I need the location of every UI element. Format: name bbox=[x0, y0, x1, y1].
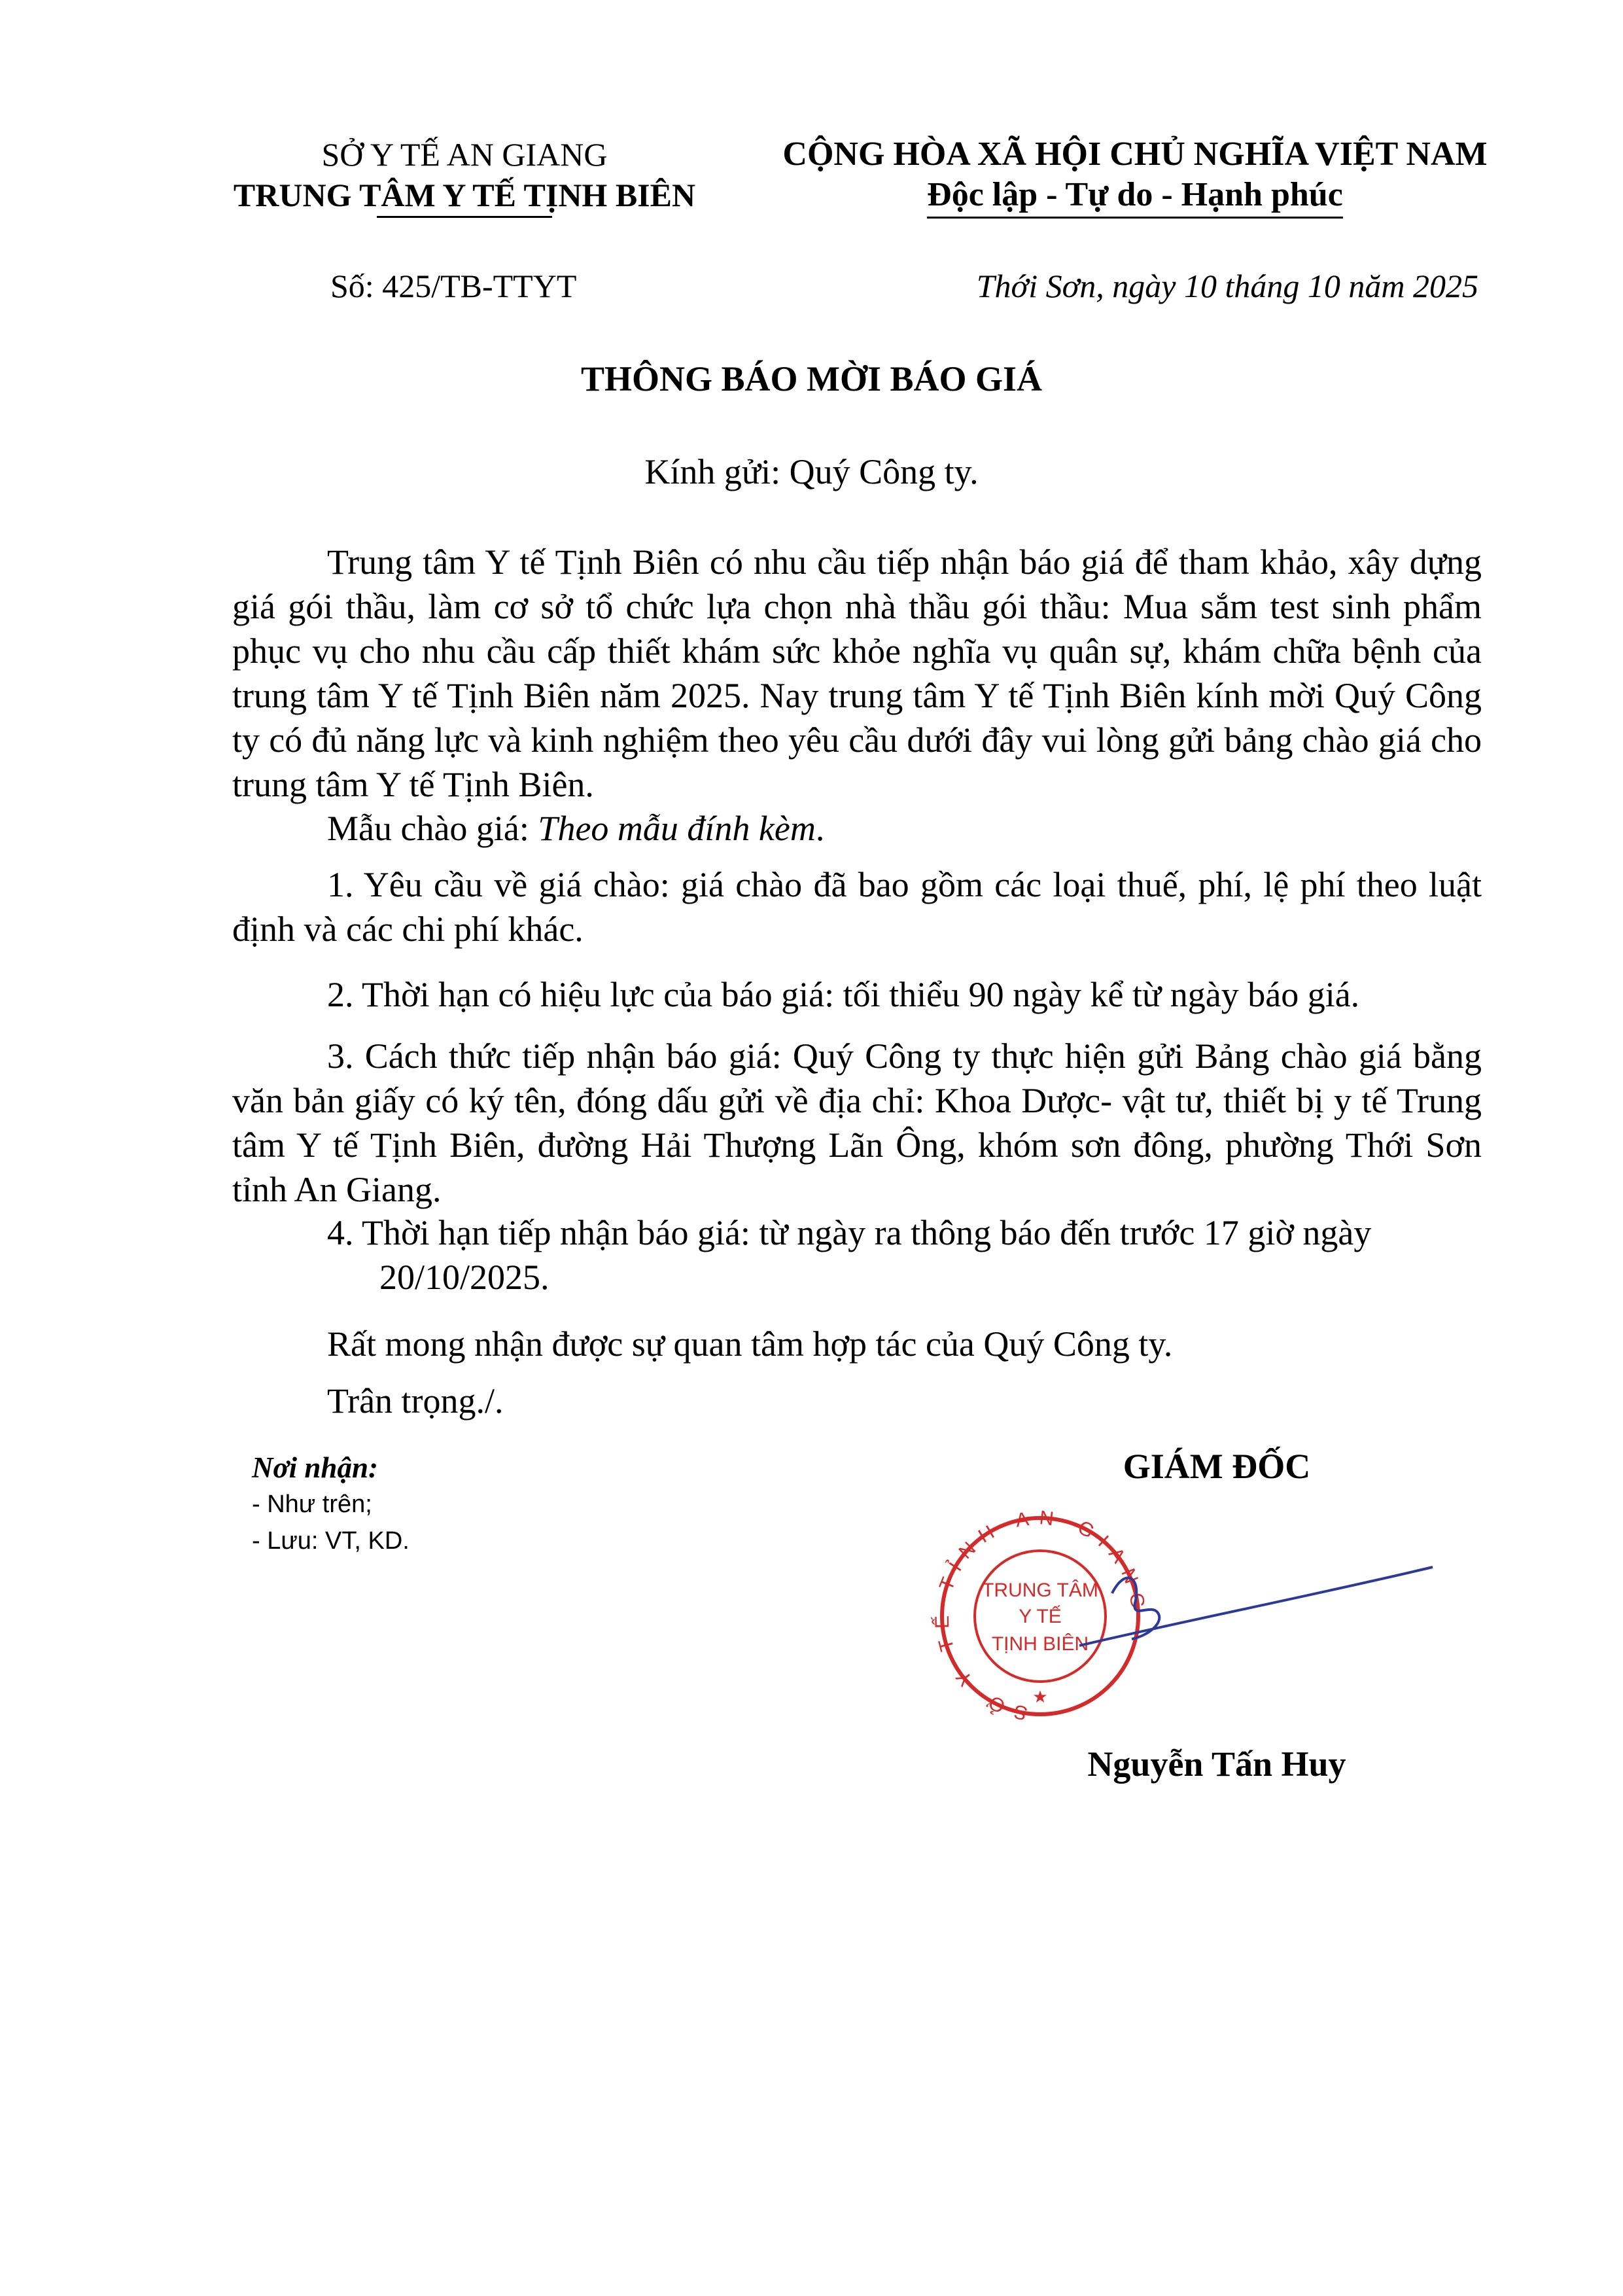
svg-text:★: ★ bbox=[1032, 1687, 1047, 1706]
requirement-item-4-line1: 4. Thời hạn tiếp nhận báo giá: từ ngày r… bbox=[327, 1213, 1371, 1252]
svg-text:TỊNH BIÊN: TỊNH BIÊN bbox=[992, 1633, 1089, 1655]
document-title: THÔNG BÁO MỜI BÁO GIÁ bbox=[0, 359, 1623, 399]
national-motto: Độc lập - Tự do - Hạnh phúc bbox=[927, 175, 1343, 219]
svg-text:TRUNG TÂM: TRUNG TÂM bbox=[982, 1580, 1098, 1601]
nation-name: CỘNG HÒA XÃ HỘI CHỦ NGHĨA VIỆT NAM bbox=[739, 134, 1531, 175]
national-header-block: CỘNG HÒA XÃ HỘI CHỦ NGHĨA VIỆT NAM Độc l… bbox=[739, 134, 1531, 219]
recipient-line: - Lưu: VT, KD. bbox=[252, 1523, 410, 1559]
requirement-item-2: 2. Thời hạn có hiệu lực của báo giá: tối… bbox=[232, 972, 1482, 1017]
intro-paragraph: Trung tâm Y tế Tịnh Biên có nhu cầu tiếp… bbox=[232, 540, 1482, 807]
requirement-item-4: 4. Thời hạn tiếp nhận báo giá: từ ngày r… bbox=[327, 1210, 1482, 1299]
requirement-item-4-line2: 20/10/2025. bbox=[327, 1255, 1482, 1299]
document-number: Số: 425/TB-TTYT bbox=[330, 267, 576, 305]
place-and-date: Thới Sơn, ngày 10 tháng 10 năm 2025 bbox=[811, 267, 1478, 305]
salutation: Kính gửi: Quý Công ty. bbox=[0, 451, 1623, 492]
organization-name-text: TRUNG TÂM Y TẾ TỊNH BIÊN bbox=[234, 175, 695, 215]
signature-stamp-area: SỞ Y TẾ TỈNH AN GIANG TRUNG TÂM Y TẾ TỊN… bbox=[916, 1505, 1472, 1727]
issuing-agency-block: SỞ Y TẾ AN GIANG TRUNG TÂM Y TẾ TỊNH BIÊ… bbox=[196, 134, 733, 215]
closing-sentence: Rất mong nhận được sự quan tâm hợp tác c… bbox=[327, 1324, 1172, 1364]
recipient-line: - Như trên; bbox=[252, 1486, 410, 1523]
template-label: Mẫu chào giá: bbox=[327, 809, 538, 848]
svg-text:Y TẾ: Y TẾ bbox=[1019, 1605, 1062, 1627]
template-value: Theo mẫu đính kèm bbox=[538, 809, 815, 848]
official-stamp-icon: SỞ Y TẾ TỈNH AN GIANG TRUNG TÂM Y TẾ TỊN… bbox=[916, 1505, 1472, 1727]
organization-name: TRUNG TÂM Y TẾ TỊNH BIÊN bbox=[196, 175, 733, 215]
signer-role: GIÁM ĐỐC bbox=[942, 1446, 1492, 1487]
regards: Trân trọng./. bbox=[327, 1381, 504, 1421]
recipients-block: Nơi nhận: - Như trên; - Lưu: VT, KD. bbox=[252, 1449, 410, 1559]
template-line: Mẫu chào giá: Theo mẫu đính kèm. bbox=[327, 808, 824, 849]
template-end: . bbox=[816, 809, 825, 848]
signer-name: Nguyễn Tấn Huy bbox=[942, 1744, 1492, 1784]
recipients-label: Nơi nhận: bbox=[252, 1449, 410, 1486]
requirement-item-3: 3. Cách thức tiếp nhận báo giá: Quý Công… bbox=[232, 1034, 1482, 1212]
department-name: SỞ Y TẾ AN GIANG bbox=[196, 134, 733, 175]
requirement-item-1: 1. Yêu cầu về giá chào: giá chào đã bao … bbox=[232, 862, 1482, 951]
